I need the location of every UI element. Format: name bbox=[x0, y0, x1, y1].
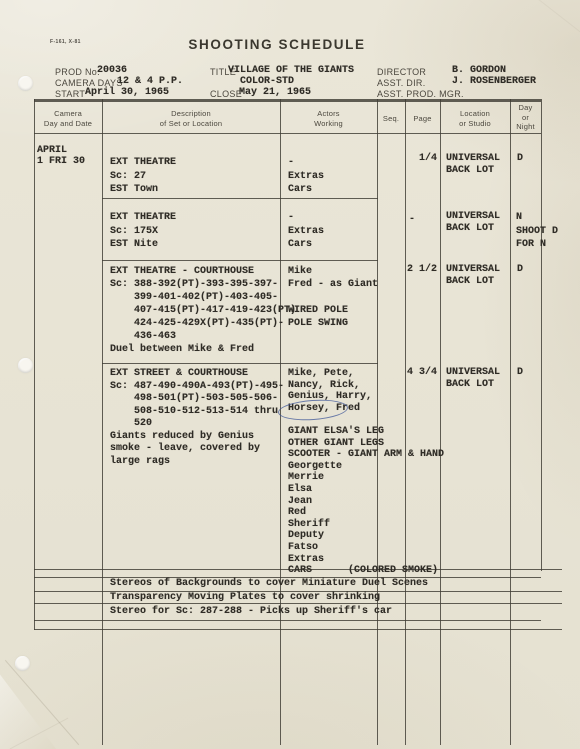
prod-no-value: 20036 bbox=[97, 65, 127, 77]
cell-location: UNIVERSAL BACK LOT bbox=[446, 264, 500, 287]
col-header-page: Page bbox=[405, 114, 440, 124]
cell-description: EXT THEATRE Sc: 175X EST Nite bbox=[110, 211, 176, 252]
cell-location: UNIVERSAL BACK LOT bbox=[446, 153, 500, 176]
column-divider bbox=[510, 99, 511, 745]
cell-day-night: N SHOOT D FOR N bbox=[516, 211, 558, 252]
cell-page: 1/4 bbox=[419, 153, 437, 165]
document-page: F-161, X-81 SHOOTING SCHEDULE PROD No. 2… bbox=[0, 0, 580, 749]
row-separator bbox=[102, 198, 378, 199]
col-header-day-night: Day or Night bbox=[510, 103, 541, 132]
cell-page: - bbox=[409, 214, 415, 226]
start-label: START bbox=[55, 89, 85, 99]
table-left-border bbox=[34, 99, 35, 630]
cell-actors: - Extras Cars bbox=[288, 156, 324, 197]
close-value: May 21, 1965 bbox=[239, 87, 311, 99]
asst-dir-value: J. ROSENBERGER bbox=[452, 76, 536, 88]
cell-description: EXT THEATRE - COURTHOUSE Sc: 388-392(PT)… bbox=[110, 265, 296, 356]
cell-actors: Mike Fred - as Giant WIRED POLE POLE SWI… bbox=[288, 265, 378, 330]
table-right-border bbox=[541, 99, 542, 571]
col-header-seq: Seq. bbox=[377, 114, 405, 124]
notes-section-line bbox=[34, 620, 541, 622]
notes-section-line bbox=[34, 629, 562, 630]
cell-description: EXT STREET & COURTHOUSE Sc: 487-490-490A… bbox=[110, 368, 284, 468]
cell-day-night: D bbox=[517, 264, 523, 276]
cell-page: 2 1/2 bbox=[407, 264, 437, 276]
cell-day-night: D bbox=[517, 367, 523, 379]
film-title-value: VILLAGE OF THE GIANTS bbox=[228, 65, 354, 77]
cell-actors: - Extras Cars bbox=[288, 211, 324, 252]
form-code: F-161, X-81 bbox=[50, 39, 81, 45]
page-title: SHOOTING SCHEDULE bbox=[167, 37, 387, 52]
cell-camera-day: APRIL 1 FRI 30 bbox=[37, 145, 85, 167]
start-value: April 30, 1965 bbox=[85, 87, 169, 99]
col-header-location: Location or Studio bbox=[440, 109, 510, 128]
note-line: Stereo for Sc: 287-288 - Picks up Sherif… bbox=[110, 606, 392, 618]
col-header-description: Description of Set or Location bbox=[102, 109, 280, 128]
column-divider bbox=[102, 99, 103, 745]
asst-dir-label: ASST. DIR. bbox=[377, 78, 426, 88]
row-separator bbox=[102, 260, 378, 261]
camera-days-value: 12 & 4 P.P. bbox=[117, 76, 183, 88]
punch-hole bbox=[18, 76, 33, 91]
col-header-actors: Actors Working bbox=[280, 109, 377, 128]
punch-hole bbox=[18, 358, 33, 373]
cell-location: UNIVERSAL BACK LOT bbox=[446, 367, 500, 390]
header-bottom-border bbox=[34, 133, 541, 134]
punch-hole bbox=[15, 656, 30, 671]
cell-day-night: D bbox=[517, 153, 523, 165]
prod-no-label: PROD No. bbox=[55, 67, 100, 77]
cell-location: UNIVERSAL BACK LOT bbox=[446, 211, 500, 234]
director-label: DIRECTOR bbox=[377, 67, 426, 77]
color-process-value: COLOR-STD bbox=[240, 76, 294, 88]
row-separator bbox=[102, 363, 378, 364]
asst-prod-mgr-label: ASST. PROD. MGR. bbox=[377, 89, 464, 99]
note-line: Stereos of Backgrounds to cover Miniatur… bbox=[110, 578, 428, 590]
corner-crease-line bbox=[511, 0, 580, 59]
page-fold bbox=[0, 668, 72, 749]
close-label: CLOSE bbox=[210, 89, 242, 99]
director-value: B. GORDON bbox=[452, 65, 506, 77]
table-top-border bbox=[34, 99, 541, 102]
col-header-camera-day: Camera Day and Date bbox=[34, 109, 102, 128]
cell-description: EXT THEATRE Sc: 27 EST Town bbox=[110, 156, 176, 197]
note-line: Transparency Moving Plates to cover shri… bbox=[110, 592, 380, 604]
cell-page: 4 3/4 bbox=[407, 367, 437, 379]
